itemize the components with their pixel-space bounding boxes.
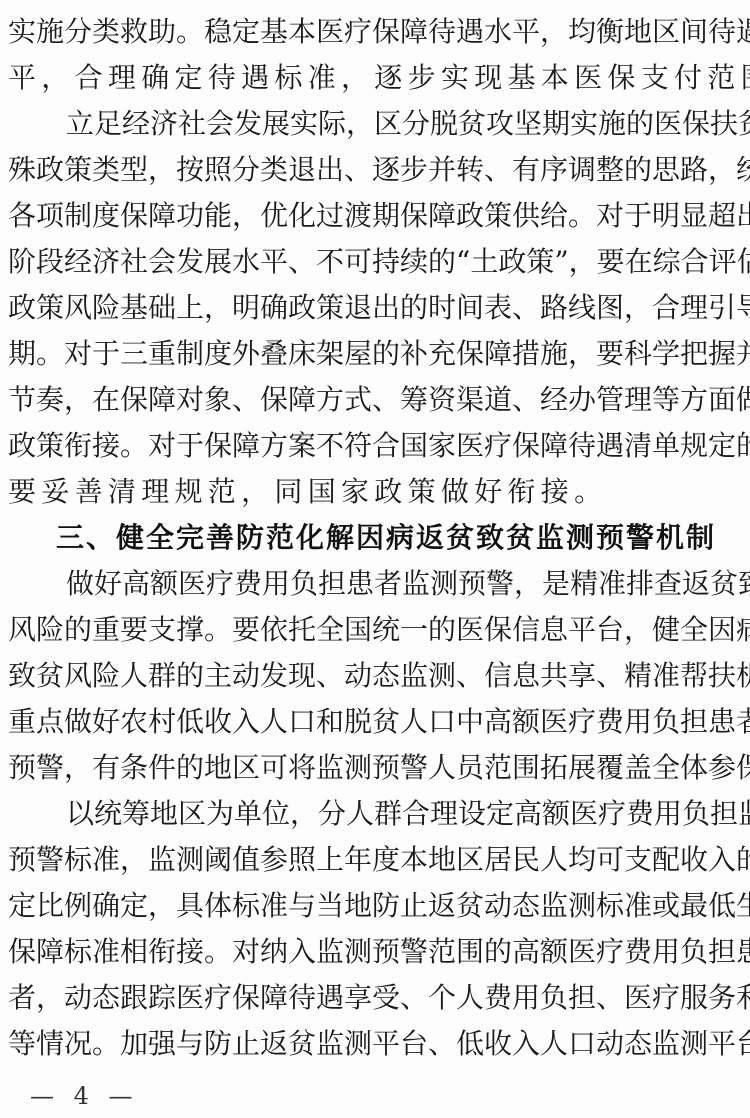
text-line: 定比例确定，具体标准与当地防止返贫动态监测标准或最低生活	[8, 883, 742, 929]
text-line: 者，动态跟踪医疗保障待遇享受、个人费用负担、医疗服务利用	[8, 975, 742, 1021]
text-line: 实施分类救助。稳定基本医疗保障待遇水平，均衡地区间待遇水	[8, 9, 742, 55]
paragraph-start-line: 做好高额医疗费用负担患者监测预警，是精准排查返贫致贫	[66, 561, 742, 607]
text-line: 各项制度保障功能，优化过渡期保障政策供给。对于明显超出现	[8, 193, 742, 239]
document-page: 实施分类救助。稳定基本医疗保障待遇水平，均衡地区间待遇水 平，合理确定待遇标准，…	[0, 0, 750, 1118]
page-number: — 4 —	[30, 1082, 139, 1110]
text-line: 阶段经济社会发展水平、不可持续的“土政策”，要在综合评估	[8, 239, 742, 285]
text-line: 政策衔接。对于保障方案不符合国家医疗保障待遇清单规定的，	[8, 423, 742, 469]
text-line: 要妥善清理规范，同国家政策做好衔接。	[8, 469, 742, 515]
text-line: 预警，有条件的地区可将监测预警人员范围拓展覆盖全体参保人。	[8, 745, 742, 791]
text-line: 重点做好农村低收入人口和脱贫人口中高额医疗费用负担患者监测	[8, 699, 742, 745]
text-line: 节奏，在保障对象、保障方式、筹资渠道、经办管理等方面做好	[8, 377, 742, 423]
text-line: 等情况。加强与防止返贫监测平台、低收入人口动态监测平台的	[8, 1021, 742, 1067]
paragraph-start-line: 立足经济社会发展实际，区分脱贫攻坚期实施的医保扶贫特	[66, 101, 742, 147]
text-line: 平，合理确定待遇标准，逐步实现基本医保支付范围统一。	[8, 55, 742, 101]
text-line: 期。对于三重制度外叠床架屋的补充保障措施，要科学把握并转	[8, 331, 742, 377]
paragraph-start-line: 以统筹地区为单位，分人群合理设定高额医疗费用负担监测	[66, 791, 742, 837]
text-line: 殊政策类型，按照分类退出、逐步并转、有序调整的思路，统筹	[8, 147, 742, 193]
text-line: 致贫风险人群的主动发现、动态监测、信息共享、精准帮扶机制。	[8, 653, 742, 699]
text-line: 风险的重要支撑。要依托全国统一的医保信息平台，健全因病返贫	[8, 607, 742, 653]
section-heading: 三、健全完善防范化解因病返贫致贫监测预警机制	[56, 515, 656, 561]
text-line: 政策风险基础上，明确政策退出的时间表、路线图，合理引导预	[8, 285, 742, 331]
text-line: 预警标准，监测阈值参照上年度本地区居民人均可支配收入的一	[8, 837, 742, 883]
text-line: 保障标准相衔接。对纳入监测预警范围的高额医疗费用负担患	[8, 929, 742, 975]
